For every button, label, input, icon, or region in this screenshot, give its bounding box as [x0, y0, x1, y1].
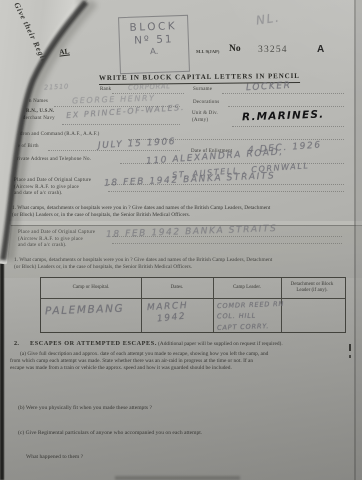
document-photo: AL BLOCK Nº 51 A. M.I. 9(JAP) No 33254 A…: [0, 0, 362, 480]
curled-page: Give their Regimental: [0, 0, 362, 480]
